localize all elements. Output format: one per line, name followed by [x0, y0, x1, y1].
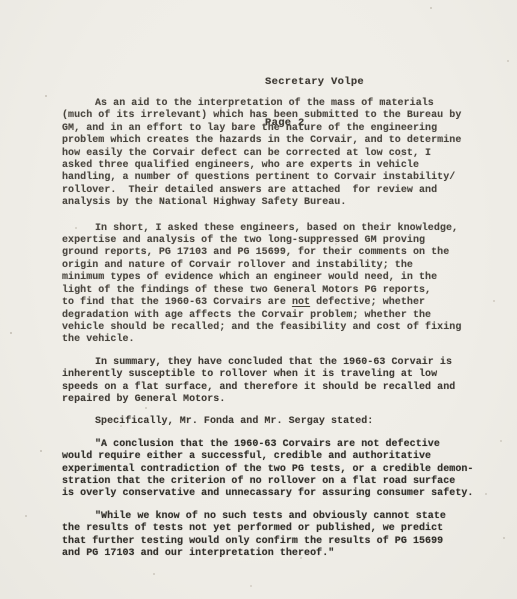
scan-noise-specks: [45, 95, 47, 97]
document-page: Secretary Volpe Page 2 As an aid to the …: [0, 0, 517, 599]
header-recipient: Secretary Volpe: [265, 76, 364, 90]
paragraph-6-quote: "While we know of no such tests and obvi…: [62, 511, 502, 561]
letter-body: As an aid to the interpretation of the m…: [62, 98, 502, 570]
paragraph-3: In summary, they have concluded that the…: [62, 357, 502, 407]
paragraph-5-quote: "A conclusion that the 1960-63 Corvairs …: [62, 439, 502, 501]
paragraph-2-text-before: In short, I asked these engineers, based…: [62, 223, 458, 308]
paragraph-4: Specifically, Mr. Fonda and Mr. Sergay s…: [62, 416, 502, 428]
paragraph-1: As an aid to the interpretation of the m…: [62, 98, 502, 210]
underlined-word-not: not: [292, 297, 310, 308]
paragraph-2: In short, I asked these engineers, based…: [62, 223, 502, 347]
